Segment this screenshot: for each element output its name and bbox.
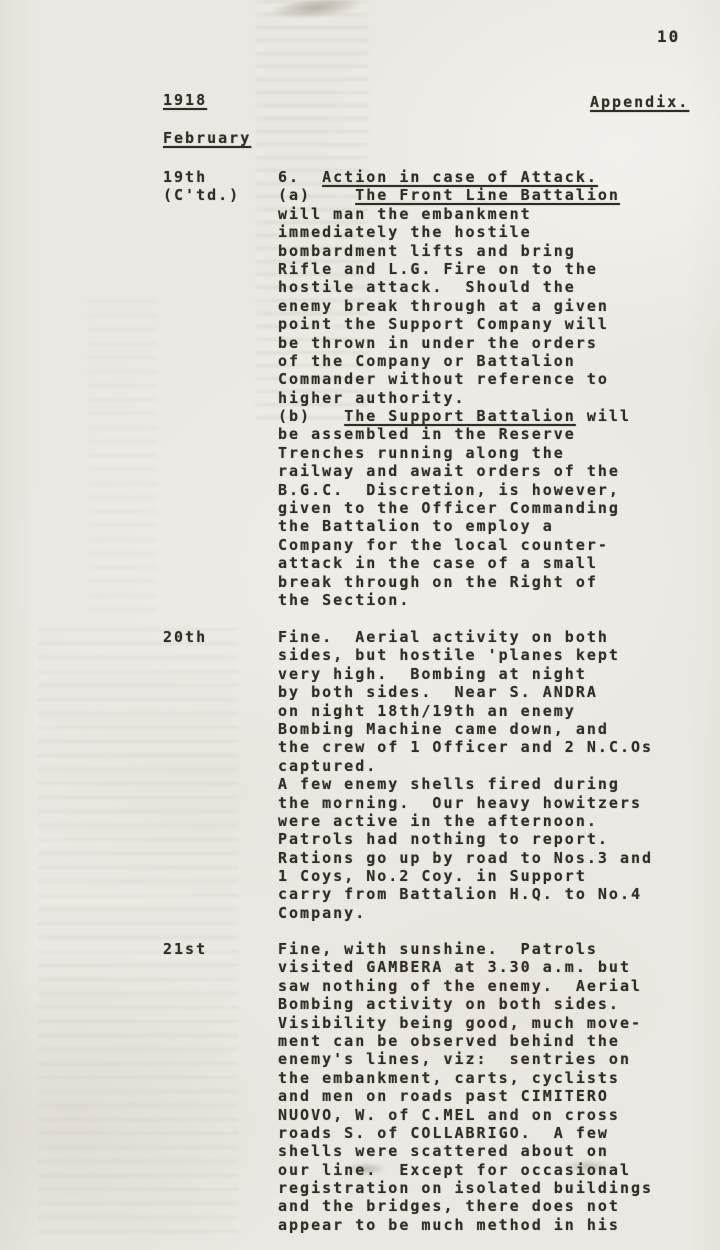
text-line: NUOVO, W. of C.MEL and on cross bbox=[278, 1106, 653, 1124]
text-line: hostile attack. Should the bbox=[278, 278, 631, 296]
text-line: bombardment lifts and bring bbox=[278, 242, 631, 260]
text-line: break through on the Right of bbox=[278, 573, 631, 591]
text-line: Company. bbox=[278, 904, 653, 922]
text-line: the morning. Our heavy howitzers bbox=[278, 794, 653, 812]
text-line: by both sides. Near S. ANDRA bbox=[278, 683, 653, 701]
text-line: Rations go up by road to Nos.3 and bbox=[278, 849, 653, 867]
text-line: (a) The Front Line Battalion bbox=[278, 186, 631, 204]
text-line: captured. bbox=[278, 757, 653, 775]
text-line: sides, but hostile 'planes kept bbox=[278, 646, 653, 664]
text-line: railway and await orders of the bbox=[278, 462, 631, 480]
entry-date: 20th bbox=[163, 628, 207, 646]
text-line: be thrown in under the orders bbox=[278, 334, 631, 352]
page-number: 10 bbox=[657, 28, 680, 46]
appendix-heading: Appendix. bbox=[590, 93, 689, 111]
text-line: on night 18th/19th an enemy bbox=[278, 702, 653, 720]
text-line: registration on isolated buildings bbox=[278, 1179, 653, 1197]
entry-date-line: 20th bbox=[163, 628, 207, 646]
entry-date-line: (C'td.) bbox=[163, 186, 240, 204]
bleed-through-texture bbox=[38, 628, 238, 1240]
text-line: given to the Officer Commanding bbox=[278, 499, 631, 517]
scanned-page: 10 1918 Appendix. February 19th(C'td.)6.… bbox=[0, 0, 720, 1250]
text-line: Rifle and L.G. Fire on to the bbox=[278, 260, 631, 278]
text-line: point the Support Company will bbox=[278, 315, 631, 333]
month-heading: February bbox=[163, 129, 251, 147]
text-line: Company for the local counter- bbox=[278, 536, 631, 554]
text-line: visited GAMBERA at 3.30 a.m. but bbox=[278, 958, 653, 976]
text-line: Fine. Aerial activity on both bbox=[278, 628, 653, 646]
entry-text: Fine, with sunshine. Patrolsvisited GAMB… bbox=[278, 940, 653, 1234]
text-line: of the Company or Battalion bbox=[278, 352, 631, 370]
text-line: the crew of 1 Officer and 2 N.C.Os bbox=[278, 738, 653, 756]
year-heading: 1918 bbox=[163, 91, 207, 109]
text-line: will man the embankment bbox=[278, 205, 631, 223]
text-line: higher authority. bbox=[278, 389, 631, 407]
text-line: ment can be observed behind the bbox=[278, 1032, 653, 1050]
text-line: 6. Action in case of Attack. bbox=[278, 168, 631, 186]
entry-date: 19th(C'td.) bbox=[163, 168, 240, 205]
text-line: saw nothing of the enemy. Aerial bbox=[278, 977, 653, 995]
text-line: Trenches running along the bbox=[278, 444, 631, 462]
text-line: immediately the hostile bbox=[278, 223, 631, 241]
text-line: be assembled in the Reserve bbox=[278, 425, 631, 443]
text-line: and men on roads past CIMITERO bbox=[278, 1087, 653, 1105]
text-line: the Section. bbox=[278, 591, 631, 609]
text-line: B.G.C. Discretion, is however, bbox=[278, 481, 631, 499]
entry-date-line: 21st bbox=[163, 940, 207, 958]
text-line: enemy's lines, viz: sentries on bbox=[278, 1050, 653, 1068]
entry-date-line: 19th bbox=[163, 168, 240, 186]
ink-smudge bbox=[271, 0, 360, 21]
text-line: appear to be much method in his bbox=[278, 1216, 653, 1234]
text-line: roads S. of COLLABRIGO. A few bbox=[278, 1124, 653, 1142]
text-line: Patrols had nothing to report. bbox=[278, 830, 653, 848]
text-line: carry from Battalion H.Q. to No.4 bbox=[278, 885, 653, 903]
text-line: the Battalion to employ a bbox=[278, 517, 631, 535]
text-line: Bombing Machine came down, and bbox=[278, 720, 653, 738]
entry-text: 6. Action in case of Attack.(a) The Fron… bbox=[278, 168, 631, 609]
text-line: attack in the case of a small bbox=[278, 554, 631, 572]
text-line: and the bridges, there does not bbox=[278, 1197, 653, 1215]
text-line: enemy break through at a given bbox=[278, 297, 631, 315]
text-line: Commander without reference to bbox=[278, 370, 631, 388]
entry-text: Fine. Aerial activity on bothsides, but … bbox=[278, 628, 653, 922]
text-line: A few enemy shells fired during bbox=[278, 775, 653, 793]
bleed-through-texture bbox=[88, 300, 158, 620]
text-line: shells were scattered about on bbox=[278, 1142, 653, 1160]
text-line: Bombing activity on both sides. bbox=[278, 995, 653, 1013]
text-line: were active in the afternoon. bbox=[278, 812, 653, 830]
text-line: our line. Except for occasional bbox=[278, 1161, 653, 1179]
entry-date: 21st bbox=[163, 940, 207, 958]
text-line: the embankment, carts, cyclists bbox=[278, 1069, 653, 1087]
text-line: Fine, with sunshine. Patrols bbox=[278, 940, 653, 958]
text-line: Visibility being good, much move- bbox=[278, 1014, 653, 1032]
text-line: 1 Coys, No.2 Coy. in Support bbox=[278, 867, 653, 885]
text-line: very high. Bombing at night bbox=[278, 665, 653, 683]
text-line: (b) The Support Battalion will bbox=[278, 407, 631, 425]
